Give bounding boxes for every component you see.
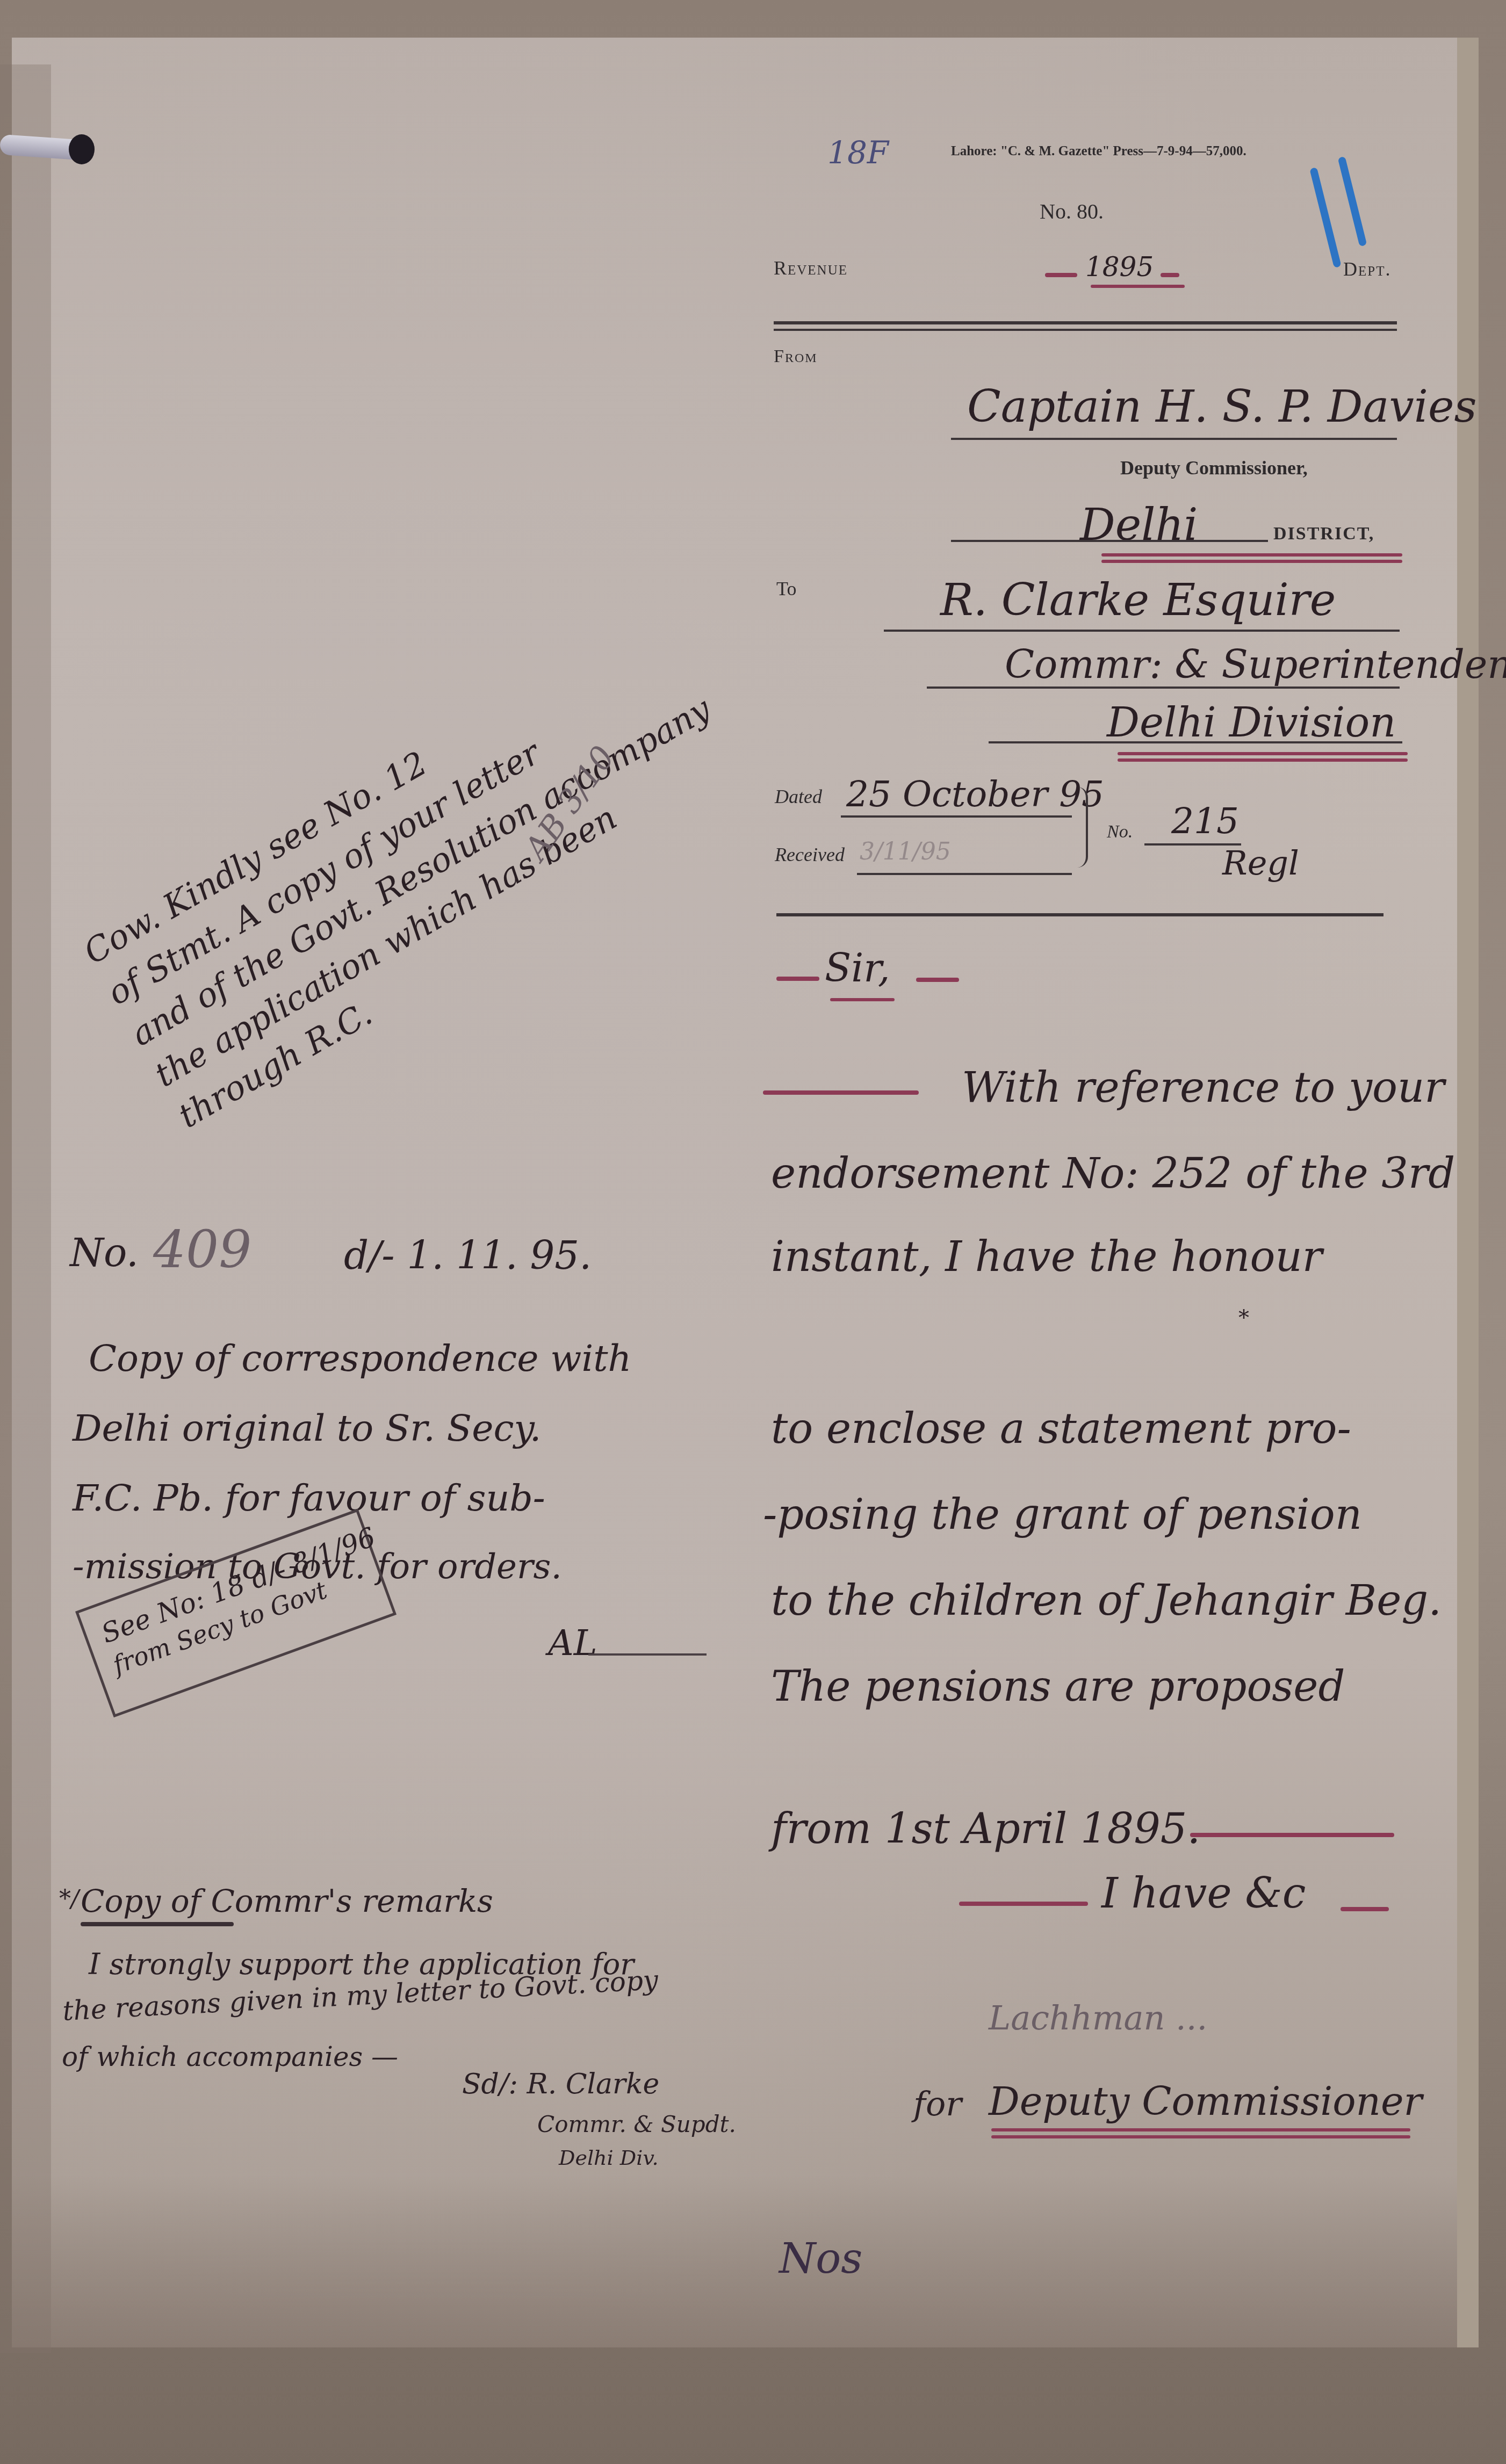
red-dash <box>1161 273 1179 277</box>
dated-rule <box>841 815 1072 818</box>
red-underline <box>1118 752 1408 755</box>
salutation: Sir, <box>825 945 890 991</box>
red-underline <box>1118 758 1408 762</box>
red-dash <box>916 978 959 982</box>
district-rule <box>951 540 1268 542</box>
to-label: To <box>776 577 796 600</box>
signature-title: Deputy Commissioner <box>989 2079 1422 2124</box>
received-label: Received <box>775 843 845 866</box>
dated-label: Dated <box>775 785 822 808</box>
punch-hole <box>69 134 95 164</box>
to-title-rule <box>927 687 1400 689</box>
from-label: From <box>774 346 818 367</box>
section-rule <box>776 913 1383 916</box>
dated-value: 25 October 95 <box>846 774 1104 815</box>
letter-line-5: -posing the grant of pension <box>763 1491 1362 1539</box>
letter-line-2: endorsement No: 252 of the 3rd <box>771 1150 1455 1198</box>
red-fill-line <box>1190 1833 1394 1837</box>
asterisk-mark: * <box>1238 1305 1249 1330</box>
letter-line-3: instant, I have the honour <box>771 1233 1322 1281</box>
header-rule <box>774 329 1397 331</box>
letter-line-7: The pensions are proposed <box>771 1663 1345 1711</box>
header-rule <box>774 321 1397 324</box>
note2-line: Delhi original to Sr. Secy. <box>73 1407 541 1450</box>
note2-line: F.C. Pb. for favour of sub- <box>73 1477 545 1520</box>
no-suffix: Regl <box>1222 843 1299 883</box>
red-underline <box>1101 553 1402 557</box>
to-title: Commr: & Superintendent <box>1005 642 1506 687</box>
printer-line: Lahore: "C. & M. Gazette" Press—7-9-94—5… <box>951 144 1246 159</box>
binding-strip <box>0 64 51 2353</box>
note2-number: 409 <box>153 1219 251 1280</box>
signature-for: for <box>913 2084 962 2123</box>
dept-suffix: Dept. <box>1343 258 1391 280</box>
red-underline <box>1101 560 1402 563</box>
file-number: 18F <box>827 134 889 171</box>
note3-line: of which accompanies — <box>62 2041 398 2072</box>
from-name: Captain H. S. P. Davies <box>967 381 1477 432</box>
year: 1895 <box>1085 251 1154 283</box>
received-rule <box>857 873 1072 875</box>
no-value: 215 <box>1171 800 1239 842</box>
received-value: 3/11/95 <box>860 838 951 865</box>
initials-flourish <box>588 1653 707 1656</box>
red-dash <box>776 977 819 981</box>
note3-heading: Copy of Commr's remarks <box>81 1883 493 1919</box>
brace <box>1077 787 1088 868</box>
heading-underline <box>81 1922 234 1926</box>
department-label: Revenue <box>774 257 848 279</box>
letter-line-1: With reference to your <box>962 1064 1445 1112</box>
note3-marker: */ <box>59 1885 79 1913</box>
red-dash <box>959 1902 1088 1906</box>
closing: I have &c <box>1101 1869 1306 1918</box>
from-district-name: Delhi <box>1080 500 1198 551</box>
signature: Lachhman ... <box>989 1998 1207 2037</box>
red-indent-dash <box>763 1090 919 1095</box>
initials: Nos <box>779 2235 862 2283</box>
letter-line-4: to enclose a statement pro- <box>771 1405 1351 1453</box>
form-number: No. 80. <box>1040 199 1104 224</box>
paper-shadow <box>12 2176 1457 2347</box>
red-underline <box>991 2135 1410 2138</box>
note3-signature-title: Commr. & Supdt. <box>537 2111 736 2137</box>
to-division: Delhi Division <box>1107 698 1396 746</box>
from-title: Deputy Commissioner, <box>1120 457 1308 479</box>
note2-initials: AL <box>548 1622 597 1664</box>
from-name-rule <box>951 438 1397 440</box>
to-name-rule <box>884 630 1400 632</box>
note2-number-label: No. <box>70 1230 139 1275</box>
note3-signature: Sd/: R. Clarke <box>462 2068 659 2100</box>
red-underline <box>830 998 895 1001</box>
red-dash <box>1341 1907 1389 1911</box>
from-district-label: DISTRICT, <box>1273 524 1374 544</box>
no-label: No. <box>1107 822 1133 842</box>
red-dash <box>1045 273 1077 277</box>
note2-date: d/- 1. 11. 95. <box>344 1233 592 1278</box>
note2-line: Copy of correspondence with <box>89 1338 631 1380</box>
letter-line-6: to the children of Jehangir Beg. <box>771 1577 1442 1625</box>
red-underline <box>1091 285 1185 288</box>
red-underline <box>991 2128 1410 2131</box>
letter-line-8: from 1st April 1895. <box>771 1805 1200 1853</box>
note3-signature-place: Delhi Div. <box>559 2146 658 2170</box>
to-division-rule <box>989 741 1402 743</box>
to-name: R. Clarke Esquire <box>940 575 1336 626</box>
